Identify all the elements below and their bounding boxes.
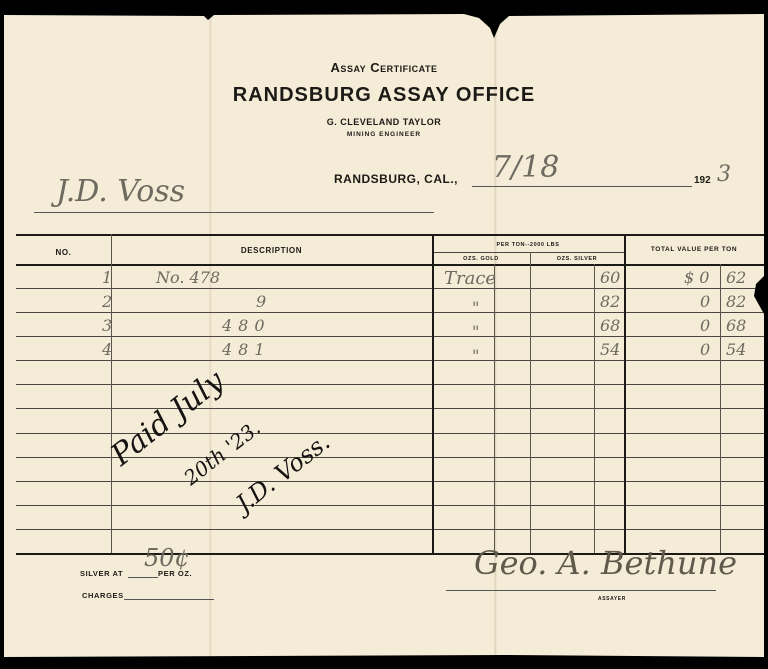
row2-total-cents: 82 bbox=[726, 292, 746, 311]
row4-no: 4 bbox=[102, 340, 112, 359]
table-top-rule bbox=[16, 234, 764, 236]
col-divider-description bbox=[432, 234, 434, 553]
office-name: RANDSBURG ASSAY OFFICE bbox=[4, 84, 764, 107]
row1-silver: 60 bbox=[600, 268, 620, 287]
row1-total-cents: 62 bbox=[726, 268, 746, 287]
silver-price-line bbox=[128, 577, 158, 578]
assay-certificate-paper: Assay Certificate RANDSBURG ASSAY OFFICE… bbox=[4, 14, 764, 657]
charges-label: CHARGES bbox=[82, 591, 124, 600]
row-rule bbox=[16, 505, 764, 506]
row-rule bbox=[16, 288, 764, 289]
total-subdivider bbox=[720, 264, 721, 553]
assay-table: NO. DESCRIPTION PER TON--2000 LBS OZS. G… bbox=[16, 228, 764, 566]
proprietor-name: G. CLEVELAND TAYLOR bbox=[4, 117, 764, 127]
per-oz-label: PER OZ. bbox=[158, 569, 192, 578]
row-rule bbox=[16, 312, 764, 313]
header-rule-left bbox=[16, 264, 428, 266]
row4-silver: 54 bbox=[600, 340, 620, 359]
row2-gold: " bbox=[472, 298, 479, 317]
silver-price-handwritten: 50¢ bbox=[144, 544, 190, 572]
addressee-line bbox=[34, 212, 434, 213]
row-rule bbox=[16, 336, 764, 337]
certificate-label: Assay Certificate bbox=[4, 60, 764, 75]
header-rule-right bbox=[428, 264, 764, 266]
row3-description: 480 bbox=[222, 316, 271, 335]
header-total-value: TOTAL VALUE PER TON bbox=[624, 246, 764, 253]
row-rule bbox=[16, 360, 764, 361]
assayer-signature-line bbox=[446, 590, 716, 591]
row2-silver: 82 bbox=[600, 292, 620, 311]
header-description: DESCRIPTION bbox=[111, 246, 432, 255]
assayer-label: ASSAYER bbox=[598, 596, 626, 602]
handwritten-date: 7/18 bbox=[492, 150, 559, 185]
date-line bbox=[472, 186, 692, 187]
header-per-ton: PER TON--2000 LBS bbox=[432, 242, 624, 248]
header-silver: OZS. SILVER bbox=[530, 256, 624, 262]
row-rule bbox=[16, 529, 764, 530]
silver-at-label: SILVER AT bbox=[80, 569, 123, 578]
row-rule bbox=[16, 384, 764, 385]
header-no: NO. bbox=[16, 248, 111, 257]
row2-total-dollars: 0 bbox=[700, 292, 710, 311]
year-prefix: 192 bbox=[694, 175, 711, 186]
silver-subdivider bbox=[594, 264, 595, 553]
proprietor-title: MINING ENGINEER bbox=[4, 131, 764, 138]
handwritten-year-digit: 3 bbox=[717, 162, 731, 187]
row2-description: 9 bbox=[256, 292, 266, 311]
row4-total-cents: 54 bbox=[726, 340, 746, 359]
row4-gold: " bbox=[472, 346, 479, 365]
per-ton-rule bbox=[432, 252, 624, 253]
addressee-handwritten: J.D. Voss bbox=[56, 174, 185, 209]
assayer-signature: Geo. A. Bethune bbox=[474, 544, 737, 582]
row1-description: No. 478 bbox=[156, 268, 220, 287]
gold-subdivider bbox=[494, 264, 495, 553]
row3-total-dollars: 0 bbox=[700, 316, 710, 335]
col-divider-silver bbox=[624, 234, 626, 553]
place-label: RANDSBURG, CAL., bbox=[334, 172, 458, 186]
row1-no: 1 bbox=[102, 268, 112, 287]
row3-gold: " bbox=[472, 322, 479, 341]
row2-no: 2 bbox=[102, 292, 112, 311]
row1-gold: Trace bbox=[444, 268, 496, 289]
row1-total-dollars: $ 0 bbox=[684, 268, 709, 287]
charges-line bbox=[124, 599, 214, 600]
row4-description: 481 bbox=[222, 340, 271, 359]
row-rule bbox=[16, 481, 764, 482]
row-rule bbox=[16, 408, 764, 409]
header-gold: OZS. GOLD bbox=[432, 256, 530, 262]
col-divider-gold bbox=[530, 252, 531, 553]
row4-total-dollars: 0 bbox=[700, 340, 710, 359]
row3-no: 3 bbox=[102, 316, 112, 335]
row3-total-cents: 68 bbox=[726, 316, 746, 335]
row3-silver: 68 bbox=[600, 316, 620, 335]
